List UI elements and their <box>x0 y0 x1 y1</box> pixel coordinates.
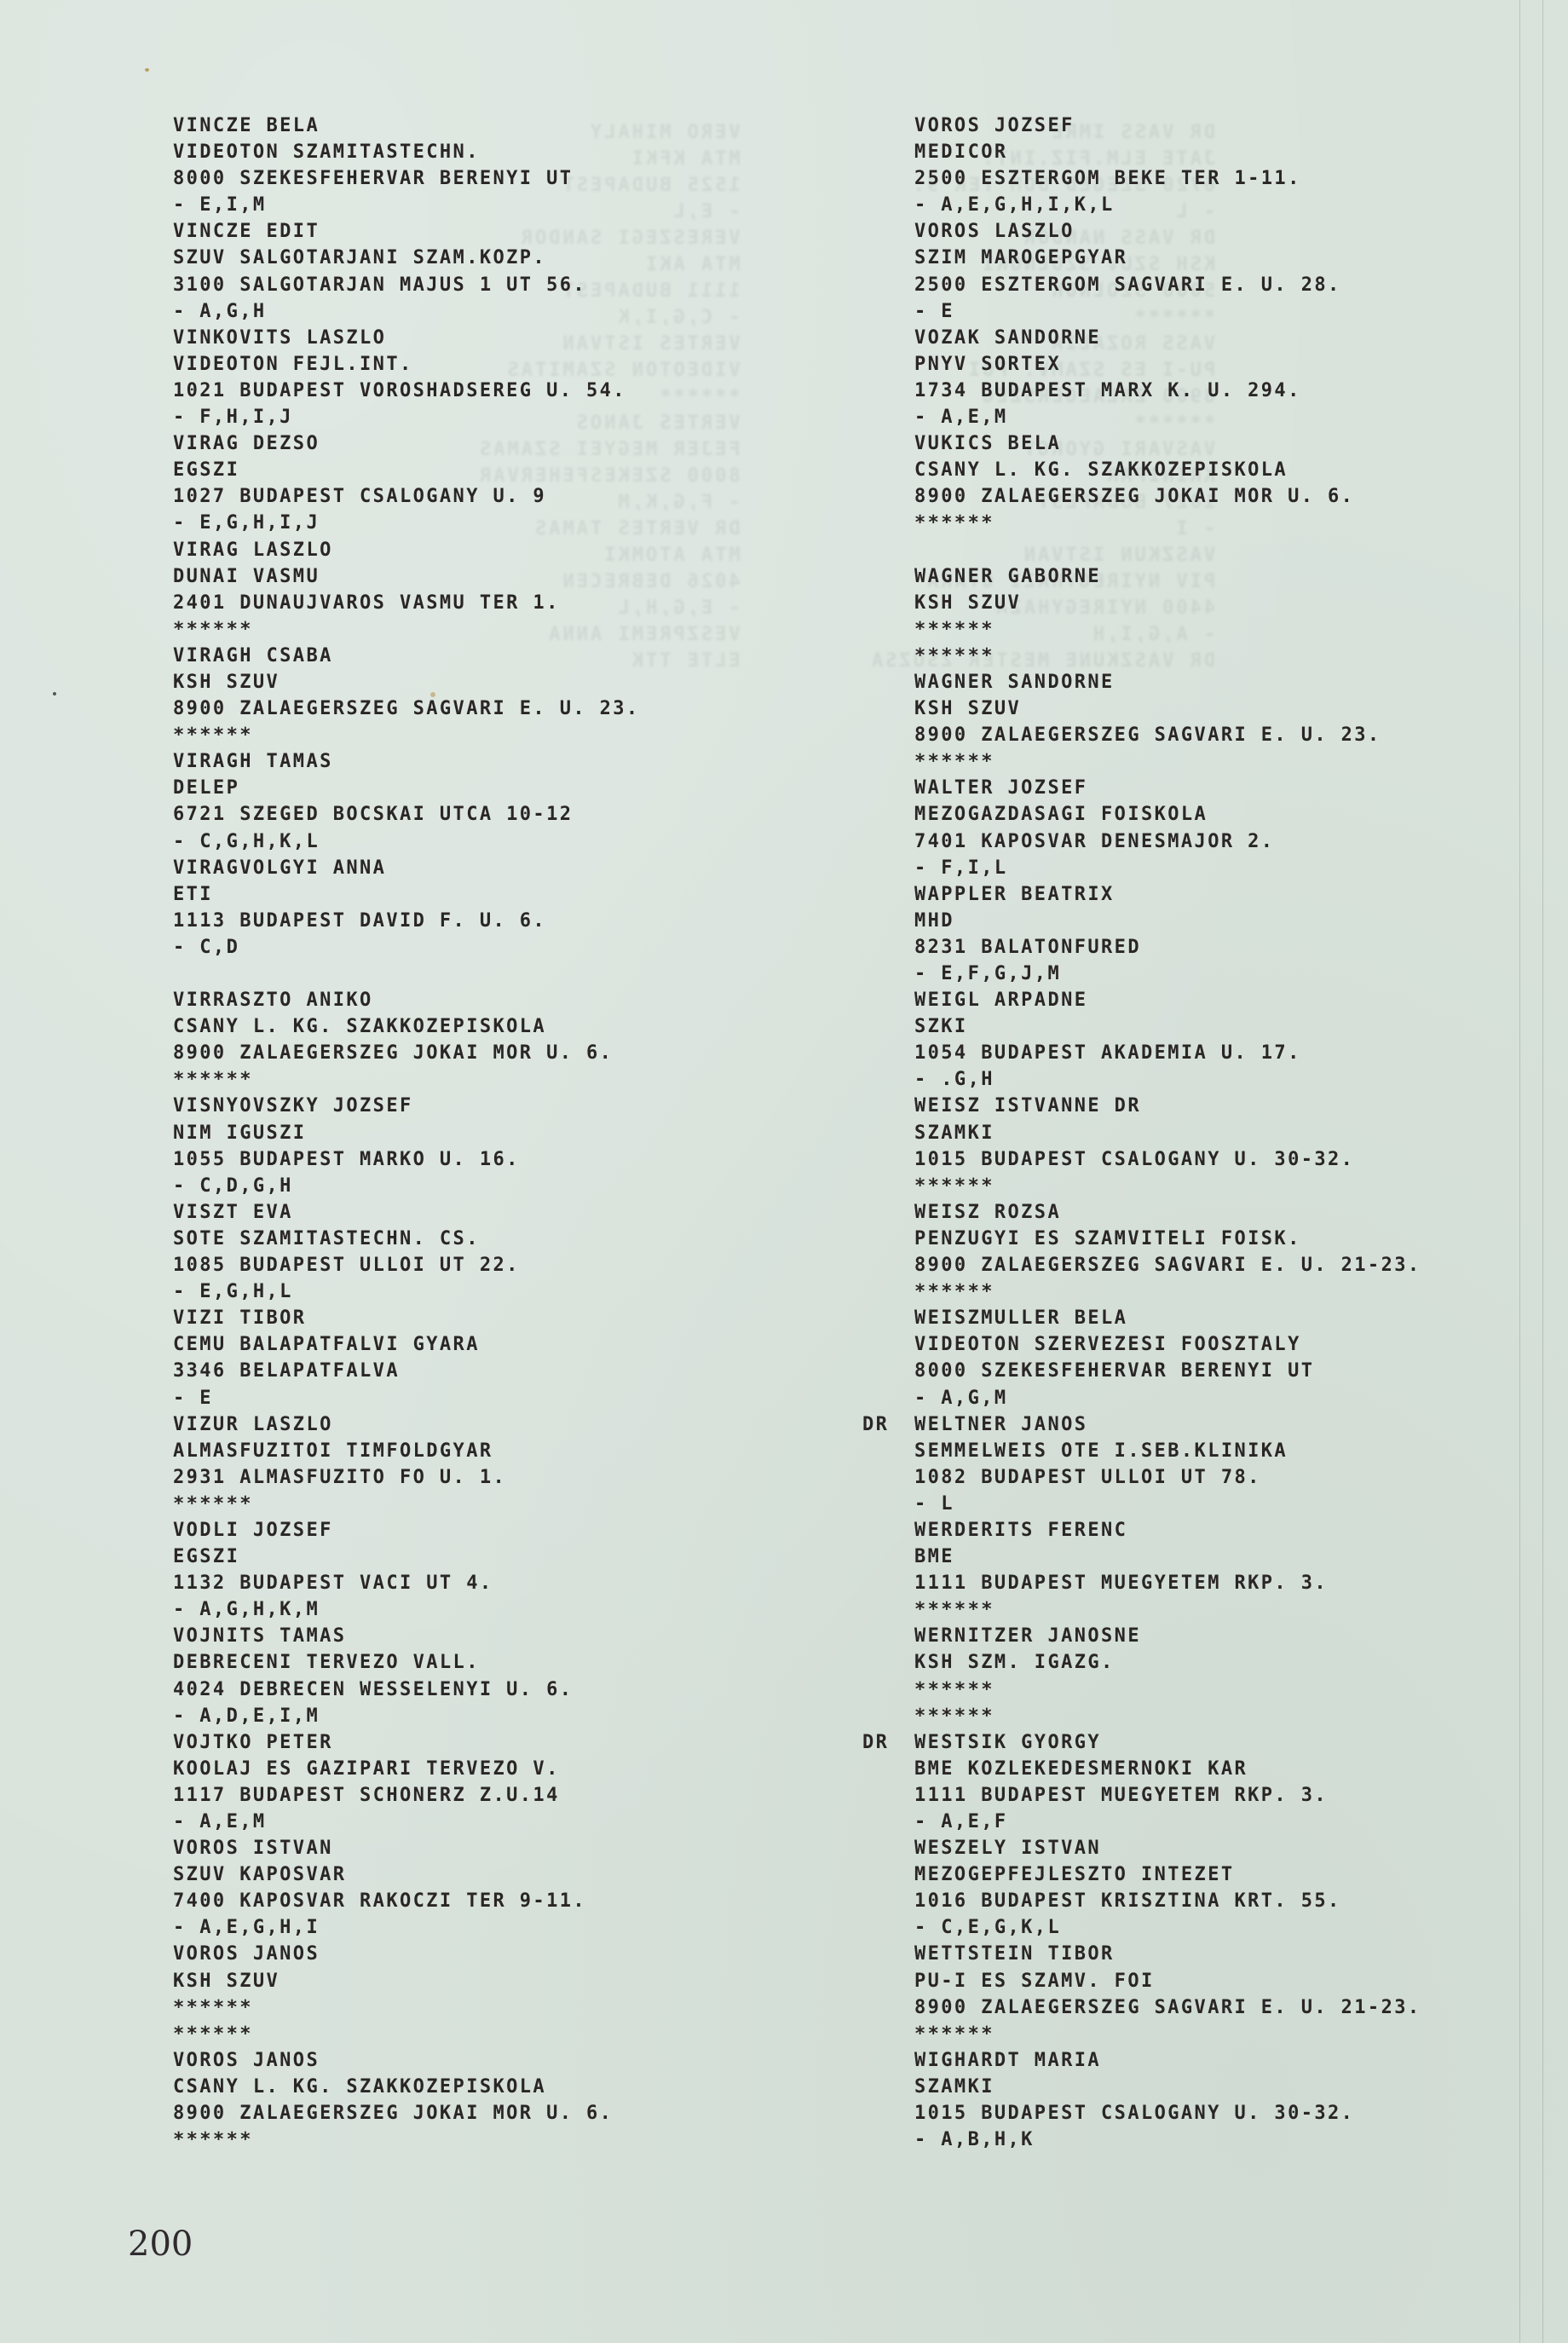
entry-name: VIRRASZTO ANIKO <box>173 987 640 1013</box>
entry-address: 8231 BALATONFURED <box>914 934 1421 961</box>
directory-entry: WESZELY ISTVANMEZOGEPFEJLESZTO INTEZET10… <box>914 1835 1421 1941</box>
entry-separator: ****** <box>914 1676 1421 1703</box>
entry-address: 8900 ZALAEGERSZEG SAGVARI E. U. 21-23. <box>914 1252 1421 1278</box>
entry-separator: ****** <box>173 1491 640 1517</box>
entry-address: 8000 SZEKESFEHERVAR BERENYI UT <box>173 165 640 192</box>
directory-entry: WESTSIK GYORGYDRBME KOZLEKEDESMERNOKI KA… <box>914 1729 1421 1835</box>
entry-organization: PU-I ES SZAMV. FOI <box>914 1968 1421 1994</box>
blank-line <box>173 961 640 987</box>
entry-name: WESTSIK GYORGYDR <box>914 1729 1421 1756</box>
page-fold-line <box>1519 0 1520 2343</box>
directory-entry: VINCZE BELAVIDEOTON SZAMITASTECHN.8000 S… <box>173 113 640 218</box>
entry-address: 3346 BELAPATFALVA <box>173 1358 640 1384</box>
entry-separator: ****** <box>914 1596 1421 1623</box>
entry-codes: - E,F,G,J,M <box>914 961 1421 987</box>
directory-entry: WERNITZER JANOSNEKSH SZM. IGAZG.********… <box>914 1623 1421 1728</box>
entry-name: VISNYOVSZKY JOZSEF <box>173 1093 640 1119</box>
directory-entry: WEISZMULLER BELAVIDEOTON SZERVEZESI FOOS… <box>914 1305 1421 1411</box>
entry-address: 1015 BUDAPEST CSALOGANY U. 30-32. <box>914 1146 1421 1173</box>
entry-organization: CSANY L. KG. SZAKKOZEPISKOLA <box>173 1013 640 1040</box>
entry-address: 1111 BUDAPEST MUEGYETEM RKP. 3. <box>914 1782 1421 1809</box>
entry-codes: - A,G,H,K,M <box>173 1596 640 1623</box>
entry-address: 2931 ALMASFUZITO FO U. 1. <box>173 1464 640 1491</box>
entry-name: VOROS JOZSEF <box>914 113 1421 139</box>
directory-entry: VIRAGH CSABAKSH SZUV8900 ZALAEGERSZEG SA… <box>173 643 640 748</box>
entry-codes: - F,I,L <box>914 855 1421 881</box>
entry-organization: CSANY L. KG. SZAKKOZEPISKOLA <box>173 2074 640 2100</box>
entry-name: VOROS ISTVAN <box>173 1835 640 1861</box>
directory-entry: VINCZE EDITSZUV SALGOTARJANI SZAM.KOZP.3… <box>173 218 640 324</box>
entry-organization: MEZOGAZDASAGI FOISKOLA <box>914 801 1421 828</box>
entry-organization: SOTE SZAMITASTECHN. CS. <box>173 1226 640 1252</box>
entry-organization: MHD <box>914 908 1421 934</box>
entry-separator: ****** <box>173 2021 640 2047</box>
entry-separator: ****** <box>914 1173 1421 1199</box>
entry-address: 2401 DUNAUJVAROS VASMU TER 1. <box>173 590 640 616</box>
entry-name: WEIGL ARPADNE <box>914 987 1421 1013</box>
entry-name: WERNITZER JANOSNE <box>914 1623 1421 1649</box>
entry-separator: ****** <box>914 643 1421 669</box>
entry-name: VIRAGH CSABA <box>173 643 640 669</box>
entry-organization: EGSZI <box>173 1544 640 1570</box>
entry-codes: - A,D,E,I,M <box>173 1703 640 1729</box>
entry-organization: CSANY L. KG. SZAKKOZEPISKOLA <box>914 457 1421 483</box>
entry-organization: EGSZI <box>173 457 640 483</box>
entry-name: WALTER JOZSEF <box>914 775 1421 801</box>
directory-entry: WEISZ ROZSAPENZUGYI ES SZAMVITELI FOISK.… <box>914 1199 1421 1305</box>
entry-address: 1015 BUDAPEST CSALOGANY U. 30-32. <box>914 2100 1421 2127</box>
entry-organization: KSH SZUV <box>173 669 640 695</box>
entry-address: 8900 ZALAEGERSZEG SAGVARI E. U. 21-23. <box>914 1994 1421 2021</box>
directory-entry: VIRAG LASZLODUNAI VASMU2401 DUNAUJVAROS … <box>173 537 640 643</box>
entry-codes: - C,D,G,H <box>173 1173 640 1199</box>
entry-address: 8900 ZALAEGERSZEG JOKAI MOR U. 6. <box>173 2100 640 2127</box>
entry-name: WAGNER GABORNE <box>914 563 1421 590</box>
entry-codes: - A,G,M <box>914 1385 1421 1411</box>
entry-organization: DUNAI VASMU <box>173 563 640 590</box>
entry-address: 2500 ESZTERGOM BEKE TER 1-11. <box>914 165 1421 192</box>
directory-entry: VOZAK SANDORNEPNYV SORTEX1734 BUDAPEST M… <box>914 325 1421 430</box>
entry-separator: ****** <box>173 1994 640 2021</box>
directory-entry: VISZT EVASOTE SZAMITASTECHN. CS.1085 BUD… <box>173 1199 640 1305</box>
entry-address: 1016 BUDAPEST KRISZTINA KRT. 55. <box>914 1888 1421 1914</box>
entry-organization: VIDEOTON SZAMITASTECHN. <box>173 139 640 165</box>
directory-entry: WAPPLER BEATRIXMHD8231 BALATONFURED- E,F… <box>914 881 1421 987</box>
entry-name: VUKICS BELA <box>914 430 1421 457</box>
entry-organization: BME <box>914 1544 1421 1570</box>
entry-organization: SZIM MAROGEPGYAR <box>914 245 1421 271</box>
directory-entry: WEIGL ARPADNESZKI1054 BUDAPEST AKADEMIA … <box>914 987 1421 1093</box>
entry-organization: KSH SZUV <box>914 590 1421 616</box>
entry-name: VISZT EVA <box>173 1199 640 1226</box>
directory-column-right: VOROS JOZSEFMEDICOR2500 ESZTERGOM BEKE T… <box>914 113 1421 2153</box>
entry-address: 1027 BUDAPEST CSALOGANY U. 9 <box>173 483 640 510</box>
entry-codes: - C,G,H,K,L <box>173 828 640 855</box>
entry-name: WEISZMULLER BELA <box>914 1305 1421 1331</box>
entry-codes: - A,E,M <box>914 404 1421 430</box>
entry-organization: ETI <box>173 881 640 908</box>
entry-name: VOJTKO PETER <box>173 1729 640 1756</box>
entry-address: 7400 KAPOSVAR RAKOCZI TER 9-11. <box>173 1888 640 1914</box>
entry-separator: ****** <box>173 2127 640 2153</box>
entry-organization: BME KOZLEKEDESMERNOKI KAR <box>914 1756 1421 1782</box>
entry-name: VINCZE EDIT <box>173 218 640 245</box>
entry-address: 7401 KAPOSVAR DENESMAJOR 2. <box>914 828 1421 855</box>
directory-entry: VOJNITS TAMASDEBRECENI TERVEZO VALL.4024… <box>173 1623 640 1728</box>
title-prefix: DR <box>862 1411 889 1438</box>
directory-entry: VINKOVITS LASZLOVIDEOTON FEJL.INT.1021 B… <box>173 325 640 430</box>
entry-name: WAGNER SANDORNE <box>914 669 1421 695</box>
entry-address: 6721 SZEGED BOCSKAI UTCA 10-12 <box>173 801 640 828</box>
directory-entry: WELTNER JANOSDRSEMMELWEIS OTE I.SEB.KLIN… <box>914 1411 1421 1517</box>
entry-separator: ****** <box>914 748 1421 775</box>
entry-codes: - A,B,H,K <box>914 2127 1421 2153</box>
entry-name: VIZUR LASZLO <box>173 1411 640 1438</box>
entry-name: VIZI TIBOR <box>173 1305 640 1331</box>
directory-entry: WETTSTEIN TIBORPU-I ES SZAMV. FOI8900 ZA… <box>914 1941 1421 2046</box>
entry-address: 1117 BUDAPEST SCHONERZ Z.U.14 <box>173 1782 640 1809</box>
entry-address: 4024 DEBRECEN WESSELENYI U. 6. <box>173 1676 640 1703</box>
directory-entry: VOJTKO PETERKOOLAJ ES GAZIPARI TERVEZO V… <box>173 1729 640 1835</box>
directory-entry: WEISZ ISTVANNE DRSZAMKI1015 BUDAPEST CSA… <box>914 1093 1421 1198</box>
entry-name: VIRAG LASZLO <box>173 537 640 563</box>
entry-codes: - L <box>914 1491 1421 1517</box>
directory-entry: WAGNER GABORNEKSH SZUV************ <box>914 563 1421 669</box>
entry-organization: SEMMELWEIS OTE I.SEB.KLINIKA <box>914 1438 1421 1464</box>
entry-codes: - C,D <box>173 934 640 961</box>
entry-codes: - A,E,M <box>173 1809 640 1835</box>
directory-column-left: VINCZE BELAVIDEOTON SZAMITASTECHN.8000 S… <box>173 113 640 2153</box>
entry-organization: SZAMKI <box>914 2074 1421 2100</box>
entry-codes: - E,G,H,I,J <box>173 510 640 536</box>
entry-organization: CEMU BALAPATFALVI GYARA <box>173 1331 640 1358</box>
entry-codes: - A,E,F <box>914 1809 1421 1835</box>
entry-codes: - E <box>914 298 1421 325</box>
directory-entry: VIRAGVOLGYI ANNAETI1113 BUDAPEST DAVID F… <box>173 855 640 987</box>
entry-organization: PENZUGYI ES SZAMVITELI FOISK. <box>914 1226 1421 1252</box>
entry-name: VIRAGVOLGYI ANNA <box>173 855 640 881</box>
entry-address: 1132 BUDAPEST VACI UT 4. <box>173 1570 640 1596</box>
entry-address: 1111 BUDAPEST MUEGYETEM RKP. 3. <box>914 1570 1421 1596</box>
entry-codes: - E,I,M <box>173 192 640 218</box>
entry-name: VINCZE BELA <box>173 113 640 139</box>
entry-organization: PNYV SORTEX <box>914 351 1421 378</box>
entry-codes: - A,E,G,H,I,K,L <box>914 192 1421 218</box>
entry-codes: - C,E,G,K,L <box>914 1914 1421 1941</box>
entry-address: 8900 ZALAEGERSZEG SAGVARI E. U. 23. <box>914 722 1421 748</box>
directory-entry: VOROS JANOSKSH SZUV************ <box>173 1941 640 2046</box>
entry-name: VOZAK SANDORNE <box>914 325 1421 351</box>
entry-organization: MEDICOR <box>914 139 1421 165</box>
blank-line <box>914 537 1421 563</box>
entry-organization: KSH SZUV <box>173 1968 640 1994</box>
entry-address: 8900 ZALAEGERSZEG JOKAI MOR U. 6. <box>914 483 1421 510</box>
entry-name: WEISZ ROZSA <box>914 1199 1421 1226</box>
directory-entry: VOROS JANOSCSANY L. KG. SZAKKOZEPISKOLA8… <box>173 2047 640 2153</box>
directory-entry: VOROS LASZLOSZIM MAROGEPGYAR2500 ESZTERG… <box>914 218 1421 324</box>
entry-organization: NIM IGUSZI <box>173 1120 640 1146</box>
entry-separator: ****** <box>914 510 1421 536</box>
entry-organization: SZKI <box>914 1013 1421 1040</box>
entry-separator: ****** <box>173 616 640 643</box>
entry-organization: KSH SZUV <box>914 695 1421 722</box>
paper-speck <box>53 692 56 695</box>
entry-name: WELTNER JANOSDR <box>914 1411 1421 1438</box>
entry-name: VOROS LASZLO <box>914 218 1421 245</box>
directory-entry: VISNYOVSZKY JOZSEFNIM IGUSZI1055 BUDAPES… <box>173 1093 640 1198</box>
entry-separator: ****** <box>173 722 640 748</box>
directory-entry: VIRAGH TAMASDELEP6721 SZEGED BOCSKAI UTC… <box>173 748 640 854</box>
entry-address: 1085 BUDAPEST ULLOI UT 22. <box>173 1252 640 1278</box>
entry-separator: ****** <box>914 1703 1421 1729</box>
entry-address: 1113 BUDAPEST DAVID F. U. 6. <box>173 908 640 934</box>
title-prefix: DR <box>862 1729 889 1756</box>
directory-entry: WERDERITS FERENCBME1111 BUDAPEST MUEGYET… <box>914 1517 1421 1623</box>
page-fold-line <box>1542 0 1543 2343</box>
entry-codes: - A,E,G,H,I <box>173 1914 640 1941</box>
entry-organization: VIDEOTON SZERVEZESI FOOSZTALY <box>914 1331 1421 1358</box>
entry-organization: VIDEOTON FEJL.INT. <box>173 351 640 378</box>
entry-codes: - E <box>173 1385 640 1411</box>
entry-organization: SZUV KAPOSVAR <box>173 1861 640 1888</box>
directory-entry: WIGHARDT MARIASZAMKI1015 BUDAPEST CSALOG… <box>914 2047 1421 2153</box>
entry-organization: SZAMKI <box>914 1120 1421 1146</box>
entry-name: VINKOVITS LASZLO <box>173 325 640 351</box>
entry-address: 8900 ZALAEGERSZEG JOKAI MOR U. 6. <box>173 1040 640 1066</box>
entry-codes: - .G,H <box>914 1066 1421 1093</box>
directory-entry: VIZUR LASZLOALMASFUZITOI TIMFOLDGYAR2931… <box>173 1411 640 1517</box>
entry-codes: - F,H,I,J <box>173 404 640 430</box>
entry-name: VODLI JOZSEF <box>173 1517 640 1544</box>
entry-separator: ****** <box>173 1066 640 1093</box>
entry-organization: KOOLAJ ES GAZIPARI TERVEZO V. <box>173 1756 640 1782</box>
entry-address: 8900 ZALAEGERSZEG SAGVARI E. U. 23. <box>173 695 640 722</box>
entry-address: 3100 SALGOTARJAN MAJUS 1 UT 56. <box>173 272 640 298</box>
entry-address: 1055 BUDAPEST MARKO U. 16. <box>173 1146 640 1173</box>
directory-entry: VIRAG DEZSOEGSZI1027 BUDAPEST CSALOGANY … <box>173 430 640 536</box>
entry-address: 1054 BUDAPEST AKADEMIA U. 17. <box>914 1040 1421 1066</box>
entry-address: 1734 BUDAPEST MARX K. U. 294. <box>914 378 1421 404</box>
entry-name: WERDERITS FERENC <box>914 1517 1421 1544</box>
entry-name: WETTSTEIN TIBOR <box>914 1941 1421 1967</box>
directory-entry: WAGNER SANDORNEKSH SZUV8900 ZALAEGERSZEG… <box>914 669 1421 775</box>
entry-separator: ****** <box>914 1278 1421 1305</box>
entry-codes: - E,G,H,L <box>173 1278 640 1305</box>
entry-name: WAPPLER BEATRIX <box>914 881 1421 908</box>
paper-speck <box>145 68 149 72</box>
page-number: 200 <box>128 2225 193 2264</box>
directory-entry: VOROS JOZSEFMEDICOR2500 ESZTERGOM BEKE T… <box>914 113 1421 218</box>
entry-organization: SZUV SALGOTARJANI SZAM.KOZP. <box>173 245 640 271</box>
directory-entry: VODLI JOZSEFEGSZI1132 BUDAPEST VACI UT 4… <box>173 1517 640 1623</box>
directory-entry: VIZI TIBORCEMU BALAPATFALVI GYARA3346 BE… <box>173 1305 640 1411</box>
entry-name: VIRAGH TAMAS <box>173 748 640 775</box>
entry-organization: ALMASFUZITOI TIMFOLDGYAR <box>173 1438 640 1464</box>
entry-organization: MEZOGEPFEJLESZTO INTEZET <box>914 1861 1421 1888</box>
entry-organization: DELEP <box>173 775 640 801</box>
entry-name: VIRAG DEZSO <box>173 430 640 457</box>
entry-organization: DEBRECENI TERVEZO VALL. <box>173 1649 640 1676</box>
entry-name: VOROS JANOS <box>173 1941 640 1967</box>
directory-entry: WALTER JOZSEFMEZOGAZDASAGI FOISKOLA7401 … <box>914 775 1421 880</box>
directory-entry: VIRRASZTO ANIKOCSANY L. KG. SZAKKOZEPISK… <box>173 987 640 1093</box>
directory-entry: VOROS ISTVANSZUV KAPOSVAR7400 KAPOSVAR R… <box>173 1835 640 1941</box>
entry-address: 1021 BUDAPEST VOROSHADSEREG U. 54. <box>173 378 640 404</box>
entry-address: 8000 SZEKESFEHERVAR BERENYI UT <box>914 1358 1421 1384</box>
entry-address: 1082 BUDAPEST ULLOI UT 78. <box>914 1464 1421 1491</box>
entry-organization: KSH SZM. IGAZG. <box>914 1649 1421 1676</box>
entry-separator: ****** <box>914 2021 1421 2047</box>
entry-name: WESZELY ISTVAN <box>914 1835 1421 1861</box>
entry-codes: - A,G,H <box>173 298 640 325</box>
entry-separator: ****** <box>914 616 1421 643</box>
entry-name: WEISZ ISTVANNE DR <box>914 1093 1421 1119</box>
directory-entry: VUKICS BELACSANY L. KG. SZAKKOZEPISKOLA8… <box>914 430 1421 563</box>
entry-name: VOROS JANOS <box>173 2047 640 2074</box>
entry-address: 2500 ESZTERGOM SAGVARI E. U. 28. <box>914 272 1421 298</box>
entry-name: VOJNITS TAMAS <box>173 1623 640 1649</box>
entry-name: WIGHARDT MARIA <box>914 2047 1421 2074</box>
